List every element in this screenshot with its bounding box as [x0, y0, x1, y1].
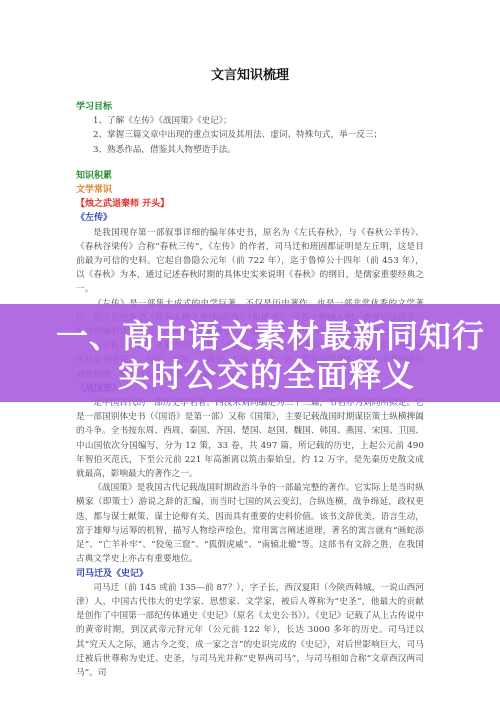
paragraph: 是中国古代的一部历史学名著。西汉末刘向编定为三十三篇，书名亦为刘向所拟定。它是一…: [76, 396, 424, 481]
paragraph: 是我国现存第一部叙事详细的编年体史书，原名为《左氏春秋》，与《春秋公羊传》、《春…: [76, 226, 424, 297]
overlay-banner-text: 一、高中语文素材最新同知行 实时公交的全面释义: [0, 304, 500, 402]
page-title: 文言知识梳理: [0, 64, 500, 83]
literature-subheading: 文学常识: [76, 183, 424, 197]
goal-item: 3、熟悉作品，借鉴其人物塑造手法。: [76, 143, 424, 157]
goal-item: 2、掌握三篇文章中出现的重点实词及其用法、虚词、特殊句式，举一反三；: [76, 128, 424, 142]
knowledge-heading: 知识积累: [76, 169, 424, 183]
document-page: 文言知识梳理 学习目标 1、了解《左传》《战国策》《史记》； 2、掌握三篇文章中…: [0, 0, 500, 707]
banner-title-line2: 实时公交的全面释义: [118, 356, 415, 394]
learning-goals-heading: 学习目标: [76, 100, 424, 114]
simaqian-heading: 司马迁及《史记》: [76, 567, 424, 581]
paragraph: 《战国策》是我国古代记载战国时期政治斗争的一部最完整的著作。它实际上是当时纵横家…: [76, 481, 424, 566]
lesson-tag: 【烛之武退秦师 开头】: [76, 197, 424, 211]
goal-item: 1、了解《左传》《战国策》《史记》；: [76, 114, 424, 128]
paragraph: 司马迁（前 145 或前 135—前 87？），字子长，西汉夏阳（今陕西韩城，一…: [76, 581, 424, 680]
banner-title-line1: 一、高中语文素材最新同知行: [56, 317, 485, 355]
zuozhuan-heading: 《左传》: [76, 211, 424, 225]
